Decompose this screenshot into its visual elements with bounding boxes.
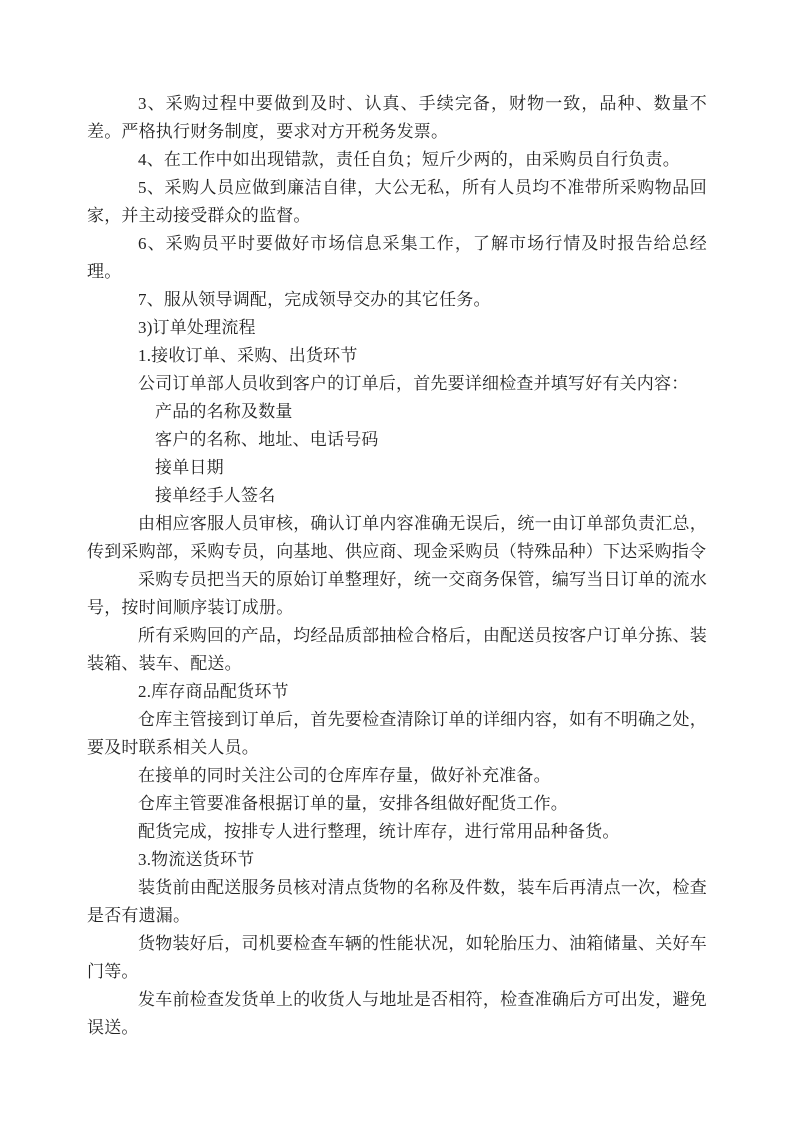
- paragraph-order-dept-check: 公司订单部人员收到客户的订单后，首先要详细检查并填写好有关内容：: [87, 370, 707, 398]
- paragraph-procurement-rule-7: 7、服从领导调配，完成领导交办的其它任务。: [87, 286, 707, 314]
- document-body-text: 3、采购过程中要做到及时、认真、手续完备，财物一致，品种、数量不差。严格执行财务…: [87, 90, 707, 1042]
- paragraph-customer-service-review: 由相应客服人员审核，确认订单内容准确无误后，统一由订单部负责汇总，传到采购部，采…: [87, 510, 707, 566]
- paragraph-procurement-rule-3: 3、采购过程中要做到及时、认真、手续完备，财物一致，品种、数量不差。严格执行财务…: [87, 90, 707, 146]
- heading-order-processing-flow: 3)订单处理流程: [87, 314, 707, 342]
- list-item-order-date: 接单日期: [87, 454, 707, 482]
- list-item-product-name-quantity: 产品的名称及数量: [87, 398, 707, 426]
- list-item-handler-signature: 接单经手人签名: [87, 482, 707, 510]
- paragraph-loading-count-check: 装货前由配送服务员核对清点货物的名称及件数，装车后再清点一次，检查是否有遗漏。: [87, 874, 707, 930]
- heading-warehouse-allocation-step: 2.库存商品配货环节: [87, 678, 707, 706]
- paragraph-arrange-allocation-work: 仓库主管要准备根据订单的量，安排各组做好配货工作。: [87, 790, 707, 818]
- paragraph-departure-address-check: 发车前检查发货单上的收货人与地址是否相符，检查准确后方可出发，避免误送。: [87, 986, 707, 1042]
- paragraph-procurement-rule-6: 6、采购员平时要做好市场信息采集工作，了解市场行情及时报告给总经理。: [87, 230, 707, 286]
- paragraph-warehouse-manager-check: 仓库主管接到订单后，首先要检查清除订单的详细内容，如有不明确之处，要及时联系相关…: [87, 706, 707, 762]
- heading-receive-order-step: 1.接收订单、采购、出货环节: [87, 342, 707, 370]
- heading-logistics-delivery-step: 3.物流送货环节: [87, 846, 707, 874]
- paragraph-quality-inspection-dispatch: 所有采购回的产品，均经品质部抽检合格后，由配送员按客户订单分拣、装装箱、装车、配…: [87, 622, 707, 678]
- paragraph-procurement-rule-5: 5、采购人员应做到廉洁自律，大公无私，所有人员均不准带所采购物品回家，并主动接受…: [87, 174, 707, 230]
- paragraph-procurement-rule-4: 4、在工作中如出现错款，责任自负；短斤少两的，由采购员自行负责。: [87, 146, 707, 174]
- paragraph-monitor-inventory: 在接单的同时关注公司的仓库库存量，做好补充准备。: [87, 762, 707, 790]
- paragraph-specialist-archive-orders: 采购专员把当天的原始订单整理好，统一交商务保管，编写当日订单的流水号，按时间顺序…: [87, 566, 707, 622]
- paragraph-allocation-complete-stock: 配货完成，按排专人进行整理，统计库存，进行常用品种备货。: [87, 818, 707, 846]
- document-page: 3、采购过程中要做到及时、认真、手续完备，财物一致，品种、数量不差。严格执行财务…: [0, 0, 793, 1122]
- paragraph-driver-vehicle-check: 货物装好后，司机要检查车辆的性能状况，如轮胎压力、油箱储量、关好车门等。: [87, 930, 707, 986]
- list-item-customer-info: 客户的名称、地址、电话号码: [87, 426, 707, 454]
